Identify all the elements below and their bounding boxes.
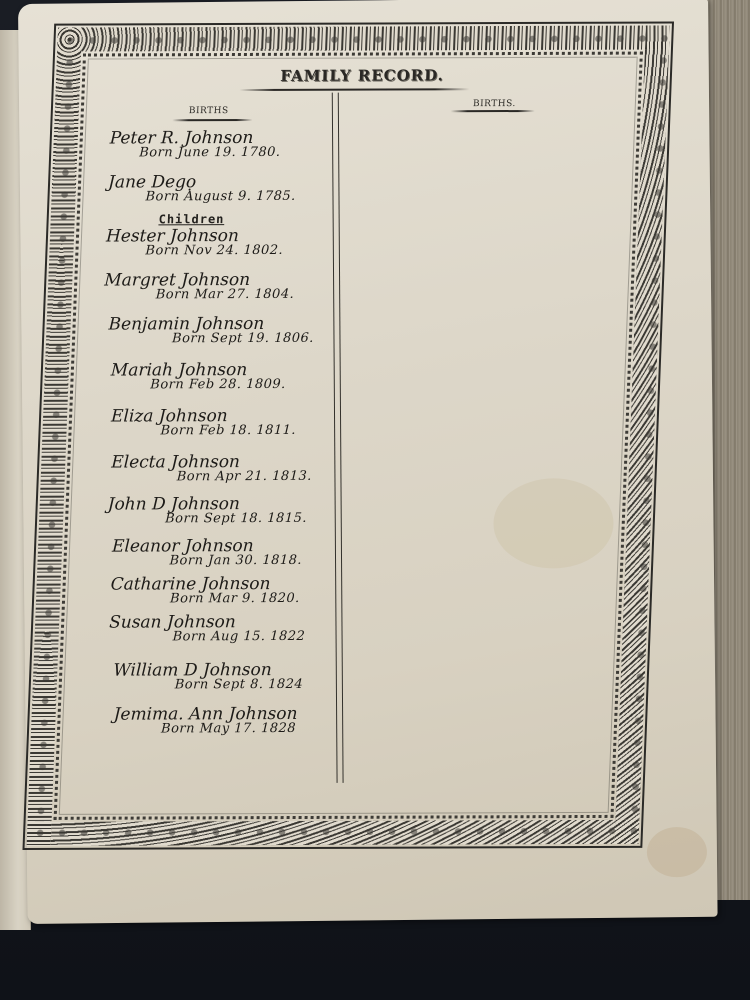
birth-entry: Eliza Johnson Born Feb 18. 1811. — [98, 406, 360, 453]
left-column-rule — [172, 119, 252, 121]
birth-entry: Eleanor Johnson Born Jan 30. 1818. — [93, 536, 354, 575]
entry-born: Born May 17. 1828 — [161, 721, 297, 736]
entry-born: Born Apr 21. 1813. — [176, 469, 312, 484]
birth-entry: Jemima. Ann Johnson Born May 17. 1828 — [86, 704, 348, 749]
children-label: Children — [158, 212, 366, 227]
birth-entry: Benjamin Johnson Born Sept 19. 1806. — [101, 314, 363, 361]
entry-born: Born Jan 30. 1818. — [169, 553, 302, 568]
left-column-heading: BIRTHS — [189, 106, 229, 116]
entry-born: Born August 9. 1785. — [145, 189, 296, 205]
paper-stain — [647, 827, 708, 878]
entry-born: Born Feb 28. 1809. — [150, 377, 286, 392]
birth-entry: Jane Degọ Born August 9. 1785. — [107, 172, 368, 213]
ornamental-border-frame: FAMILY RECORD. BIRTHS BIRTHS. Peter R. J… — [22, 21, 674, 850]
right-column-heading: BIRTHS. — [473, 99, 516, 109]
entry-born: Born Feb 18. 1811. — [160, 423, 296, 438]
birth-entry: Margret Johnson Born Mar 27. 1804. — [103, 270, 365, 315]
entry-born: Born Mar 27. 1804. — [155, 287, 294, 302]
entry-born: Born Sept 19. 1806. — [172, 331, 314, 347]
birth-entry: Hester Johnson Born Nov 24. 1802. — [105, 226, 367, 271]
birth-entry: Catharine Johnson Born Mar 9. 1820. — [92, 574, 353, 613]
family-record-page: FAMILY RECORD. BIRTHS BIRTHS. Peter R. J… — [18, 0, 718, 924]
entry-born: Born Sept 8. 1824 — [174, 677, 303, 692]
birth-entry: Mariah Johnson Born Feb 28. 1809. — [99, 360, 361, 407]
birth-entry: William D Johnson Born Sept 8. 1824 — [88, 660, 350, 705]
birth-entry: Peter R. Johnson Born June 19. 1780. — [108, 128, 370, 173]
page-title: FAMILY RECORD. — [52, 65, 673, 85]
births-entries: Peter R. Johnson Born June 19. 1780. Jan… — [86, 128, 370, 749]
entry-born: Born Nov 24. 1802. — [145, 243, 283, 258]
entry-born: Born Aug 15. 1822 — [172, 629, 305, 644]
right-column-rule — [451, 110, 535, 112]
birth-entry: John D Johnson Born Sept 18. 1815. — [94, 494, 356, 537]
entry-born: Born Mar 9. 1820. — [170, 591, 300, 606]
entry-born: Born June 19. 1780. — [139, 145, 281, 160]
entry-born: Born Sept 18. 1815. — [165, 511, 307, 527]
birth-entry: Susan Johnson Born Aug 15. 1822 — [90, 612, 352, 661]
birth-entry: Electa Johnson Born Apr 21. 1813. — [96, 452, 358, 495]
